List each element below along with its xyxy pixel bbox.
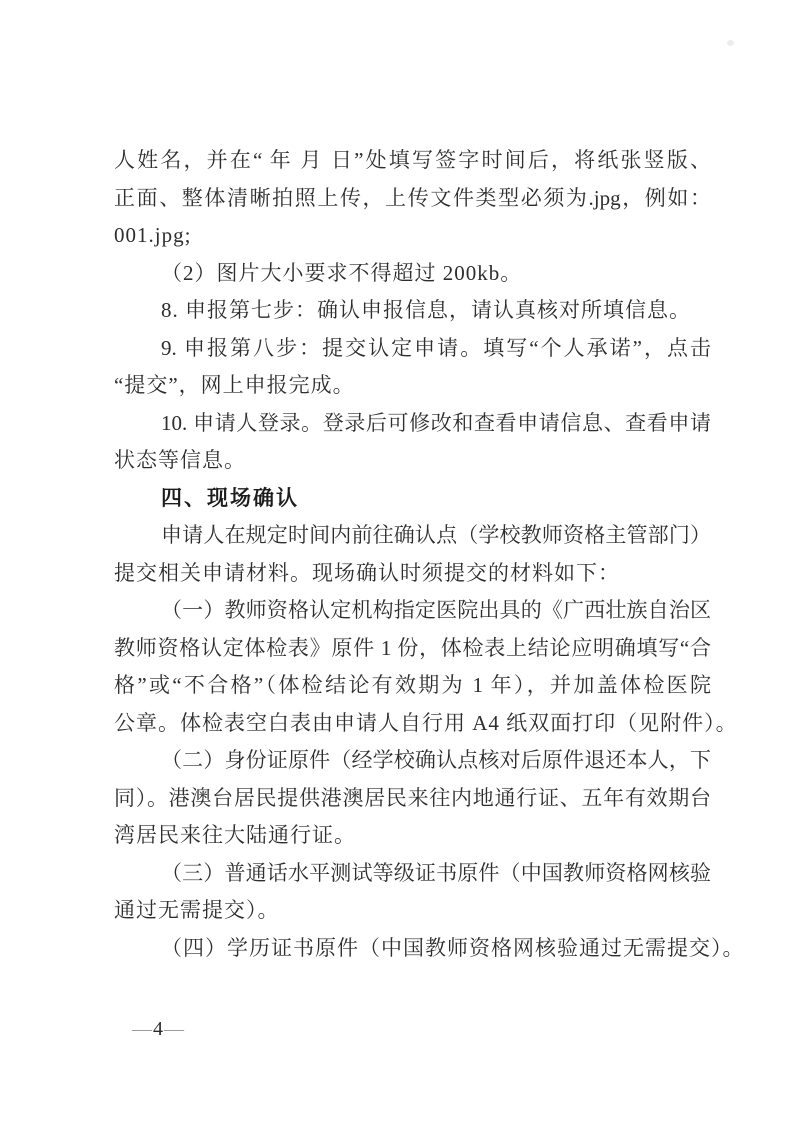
- text-line: （2）图片大小要求不得超过 200kb。: [114, 255, 711, 293]
- text-line: 湾居民来往大陆通行证。: [114, 817, 711, 855]
- page-number: —4—: [132, 1016, 184, 1042]
- text-line: 教师资格认定体检表》原件 1 份，体检表上结论应明确填写“合: [114, 630, 711, 668]
- text-line: 正面、整体清晰拍照上传，上传文件类型必须为.jpg，例如：: [114, 180, 711, 218]
- text-line: 8. 申报第七步：确认申报信息，请认真核对所填信息。: [114, 292, 711, 330]
- text-line: 10. 申请人登录。登录后可修改和查看申请信息、查看申请: [114, 405, 711, 443]
- scan-artifact: [727, 40, 734, 46]
- text-line: “提交”，网上申报完成。: [114, 367, 711, 405]
- footer-dash-left: —: [132, 1018, 152, 1040]
- text-line: 提交相关申请材料。现场确认时须提交的材料如下：: [114, 555, 711, 593]
- text-line: （一）教师资格认定机构指定医院出具的《广西壮族自治区: [114, 592, 711, 630]
- text-line: （三）普通话水平测试等级证书原件（中国教师资格网核验: [114, 855, 711, 893]
- document-body: 人姓名，并在“ 年 月 日”处填写签字时间后，将纸张竖版、正面、整体清晰拍照上传…: [114, 142, 711, 967]
- text-line: 申请人在规定时间内前往确认点（学校教师资格主管部门）: [114, 517, 711, 555]
- text-line: 通过无需提交）。: [114, 892, 711, 930]
- text-line: 公章。体检表空白表由申请人自行用 A4 纸双面打印（见附件）。: [114, 705, 711, 743]
- section-heading: 四、现场确认: [114, 480, 711, 518]
- text-line: 人姓名，并在“ 年 月 日”处填写签字时间后，将纸张竖版、: [114, 142, 711, 180]
- footer-dash-right: —: [164, 1018, 184, 1040]
- text-line: 格”或“不合格”（体检结论有效期为 1 年），并加盖体检医院: [114, 667, 711, 705]
- text-line: （二）身份证原件（经学校确认点核对后原件退还本人，下: [114, 742, 711, 780]
- text-line: 9. 申报第八步：提交认定申请。填写“个人承诺”，点击: [114, 330, 711, 368]
- document-page: 人姓名，并在“ 年 月 日”处填写签字时间后，将纸张竖版、正面、整体清晰拍照上传…: [0, 0, 794, 1121]
- text-line: 状态等信息。: [114, 442, 711, 480]
- text-line: 同）。港澳台居民提供港澳居民来往内地通行证、五年有效期台: [114, 780, 711, 818]
- footer-number: 4: [152, 1018, 164, 1040]
- text-line: 001.jpg;: [114, 217, 711, 255]
- text-line: （四）学历证书原件（中国教师资格网核验通过无需提交）。: [114, 930, 711, 968]
